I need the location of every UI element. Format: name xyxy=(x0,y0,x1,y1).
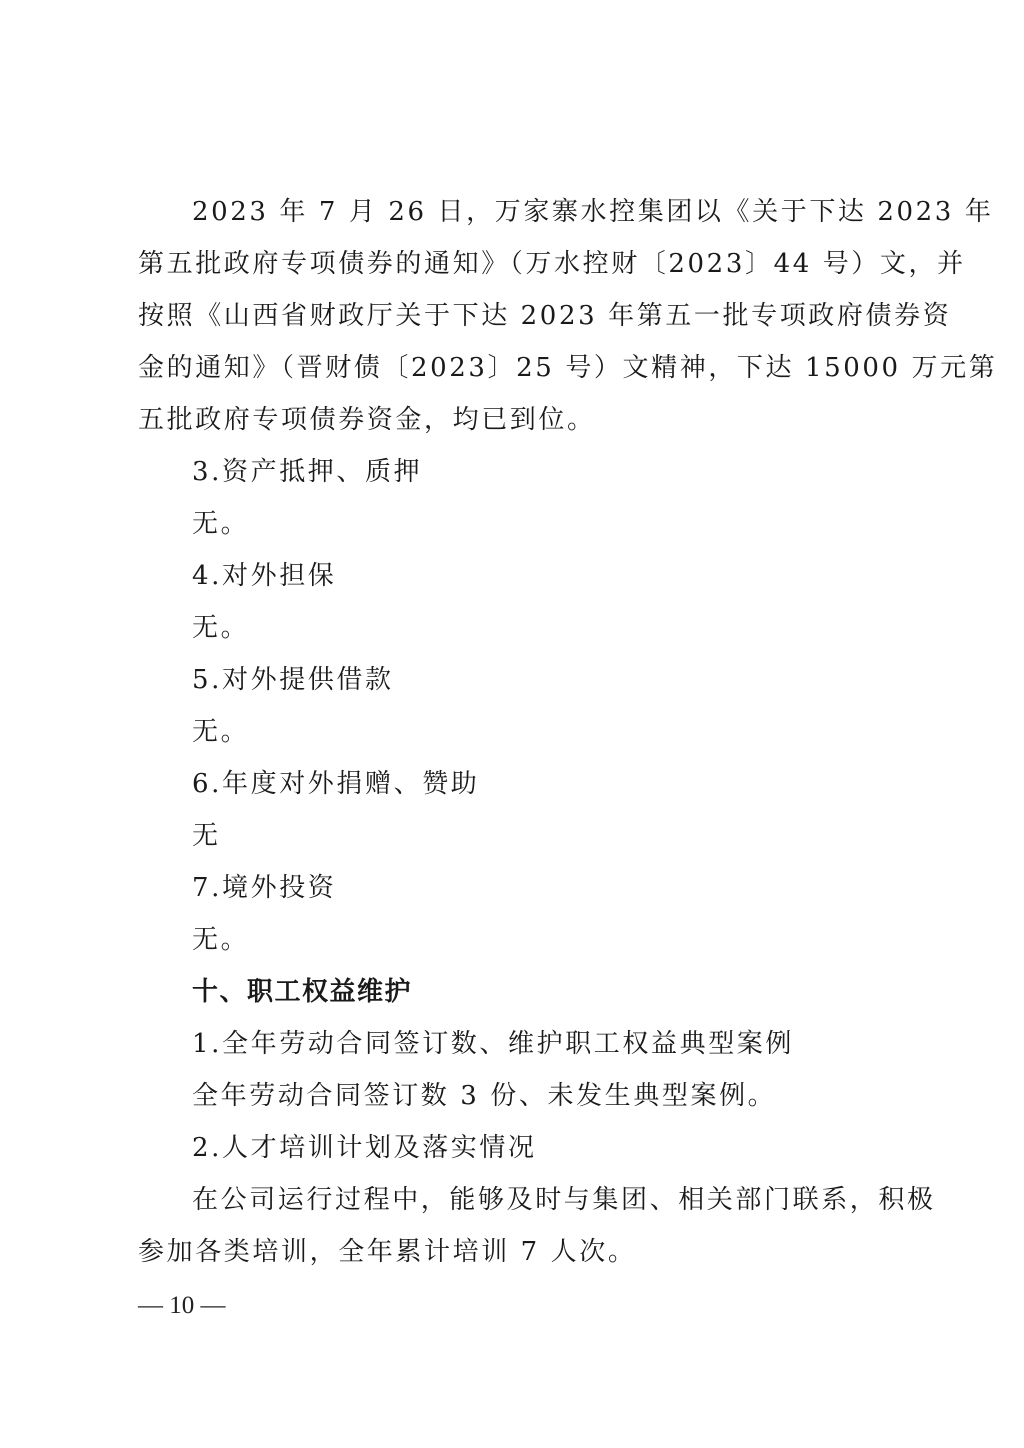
paragraph-line: 金的通知》（晋财债〔2023〕25 号）文精神，下达 15000 万元第 xyxy=(138,342,898,394)
item-title-donations: 6.年度对外捐赠、赞助 xyxy=(138,758,898,810)
paragraph-line: 第五批政府专项债券的通知》（万水控财〔2023〕44 号）文，并 xyxy=(138,238,898,290)
item-title-external-guarantee: 4.对外担保 xyxy=(138,550,898,602)
section-heading-employee-rights: 十、职工权益维护 xyxy=(138,966,898,1018)
paragraph-line: 参加各类培训，全年累计培训 7 人次。 xyxy=(138,1226,898,1278)
item-content-asset-pledge: 无。 xyxy=(138,498,898,550)
paragraph-line: 在公司运行过程中，能够及时与集团、相关部门联系，积极 xyxy=(138,1174,898,1226)
document-body: 2023 年 7 月 26 日，万家寨水控集团以《关于下达 2023 年 第五批… xyxy=(138,186,898,1278)
item-title-training-plan: 2.人才培训计划及落实情况 xyxy=(138,1122,898,1174)
item-content-external-loans: 无。 xyxy=(138,706,898,758)
item-title-labor-contracts: 1.全年劳动合同签订数、维护职工权益典型案例 xyxy=(138,1018,898,1070)
item-title-external-loans: 5.对外提供借款 xyxy=(138,654,898,706)
item-content-external-guarantee: 无。 xyxy=(138,602,898,654)
item-content-labor-contracts: 全年劳动合同签订数 3 份、未发生典型案例。 xyxy=(138,1070,898,1122)
paragraph-line: 五批政府专项债券资金，均已到位。 xyxy=(138,394,898,446)
document-page: 2023 年 7 月 26 日，万家寨水控集团以《关于下达 2023 年 第五批… xyxy=(0,0,1024,1448)
item-content-donations: 无 xyxy=(138,810,898,862)
page-number: — 10 — xyxy=(138,1286,226,1326)
paragraph-line: 2023 年 7 月 26 日，万家寨水控集团以《关于下达 2023 年 xyxy=(138,186,898,238)
item-title-asset-pledge: 3.资产抵押、质押 xyxy=(138,446,898,498)
item-content-overseas-investment: 无。 xyxy=(138,914,898,966)
paragraph-bond-funds: 2023 年 7 月 26 日，万家寨水控集团以《关于下达 2023 年 第五批… xyxy=(138,186,898,446)
item-title-overseas-investment: 7.境外投资 xyxy=(138,862,898,914)
paragraph-line: 按照《山西省财政厅关于下达 2023 年第五一批专项政府债券资 xyxy=(138,290,898,342)
